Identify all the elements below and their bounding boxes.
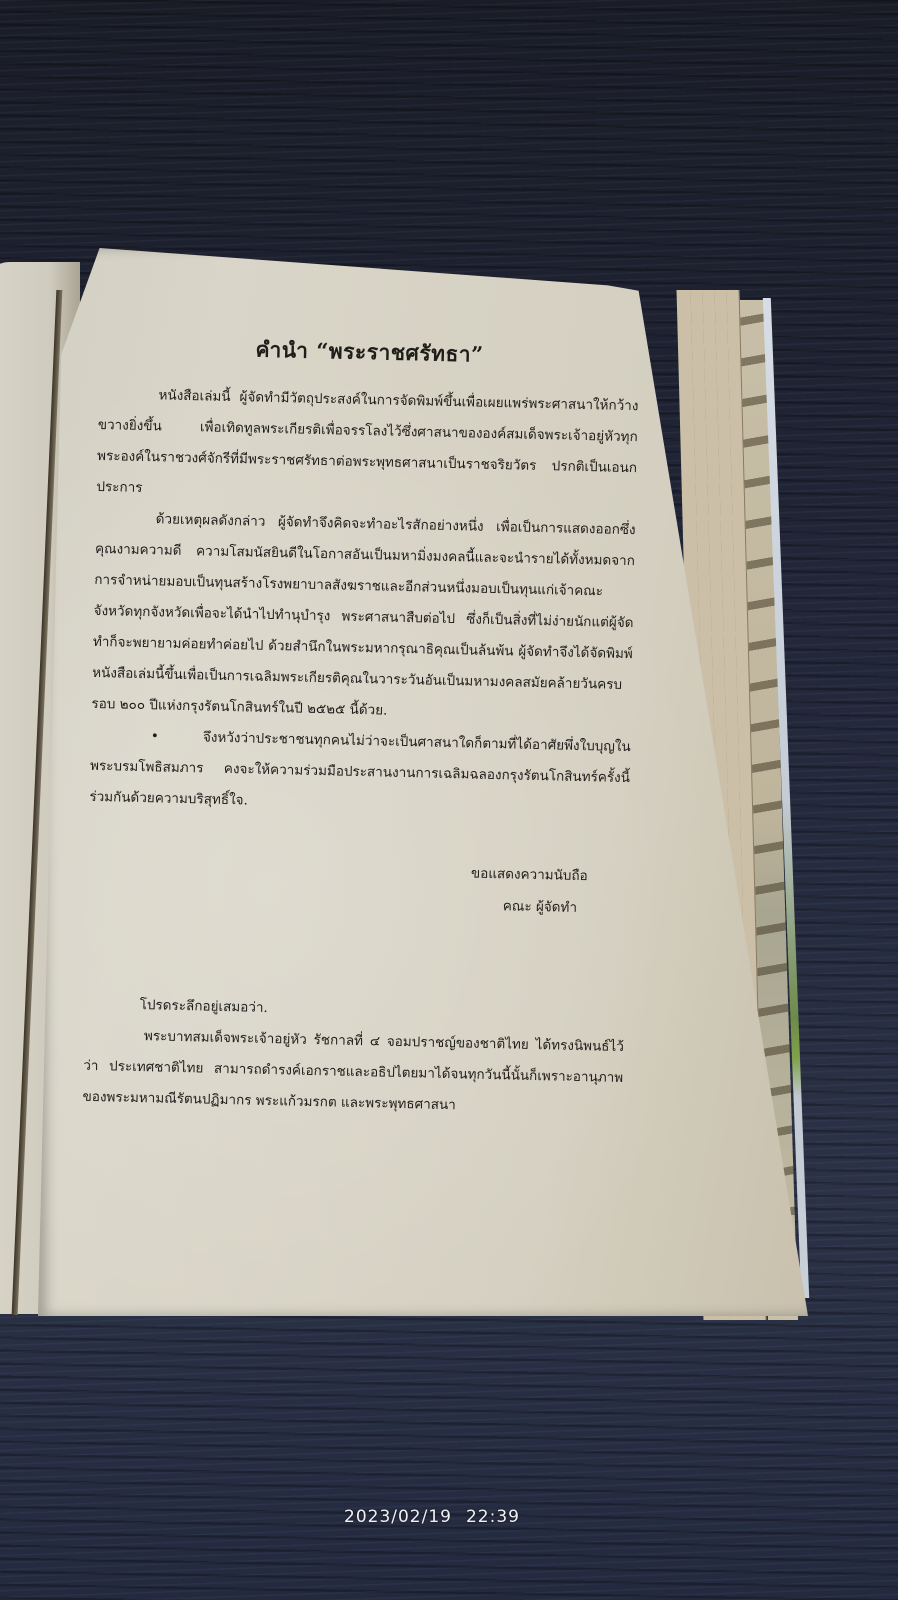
timestamp-date: 2023/02/19 — [344, 1507, 452, 1527]
signoff: ขอแสดงความนับถือ คณะ ผู้จัดทำ — [87, 849, 628, 925]
paragraph-purpose: หนังสือเล่มนี้ ผู้จัดทำมีวัตถุประสงค์ในก… — [96, 379, 639, 515]
paragraph-hope: • จึงหวังว่าประชาชนทุกคนไม่ว่าจะเป็นศาสน… — [89, 720, 631, 825]
page-text: คำนำ “พระราชศรัทธา” หนังสือเล่มนี้ ผู้จั… — [82, 330, 640, 1125]
reminder-section: โปรดระลึกอยู่เสมอว่า. พระบาทสมเด็จพระเจ้… — [82, 989, 625, 1125]
timestamp-time: 22:39 — [466, 1507, 520, 1527]
reminder-body: พระบาทสมเด็จพระเจ้าอยู่หัว รัชกาลที่ ๔ จ… — [82, 1020, 624, 1125]
camera-timestamp: 2023/02/1922:39 — [344, 1507, 520, 1527]
paragraph-reason: ด้วยเหตุผลดังกล่าว ผู้จัดทำจึงคิดจะทำอะไ… — [91, 503, 636, 732]
